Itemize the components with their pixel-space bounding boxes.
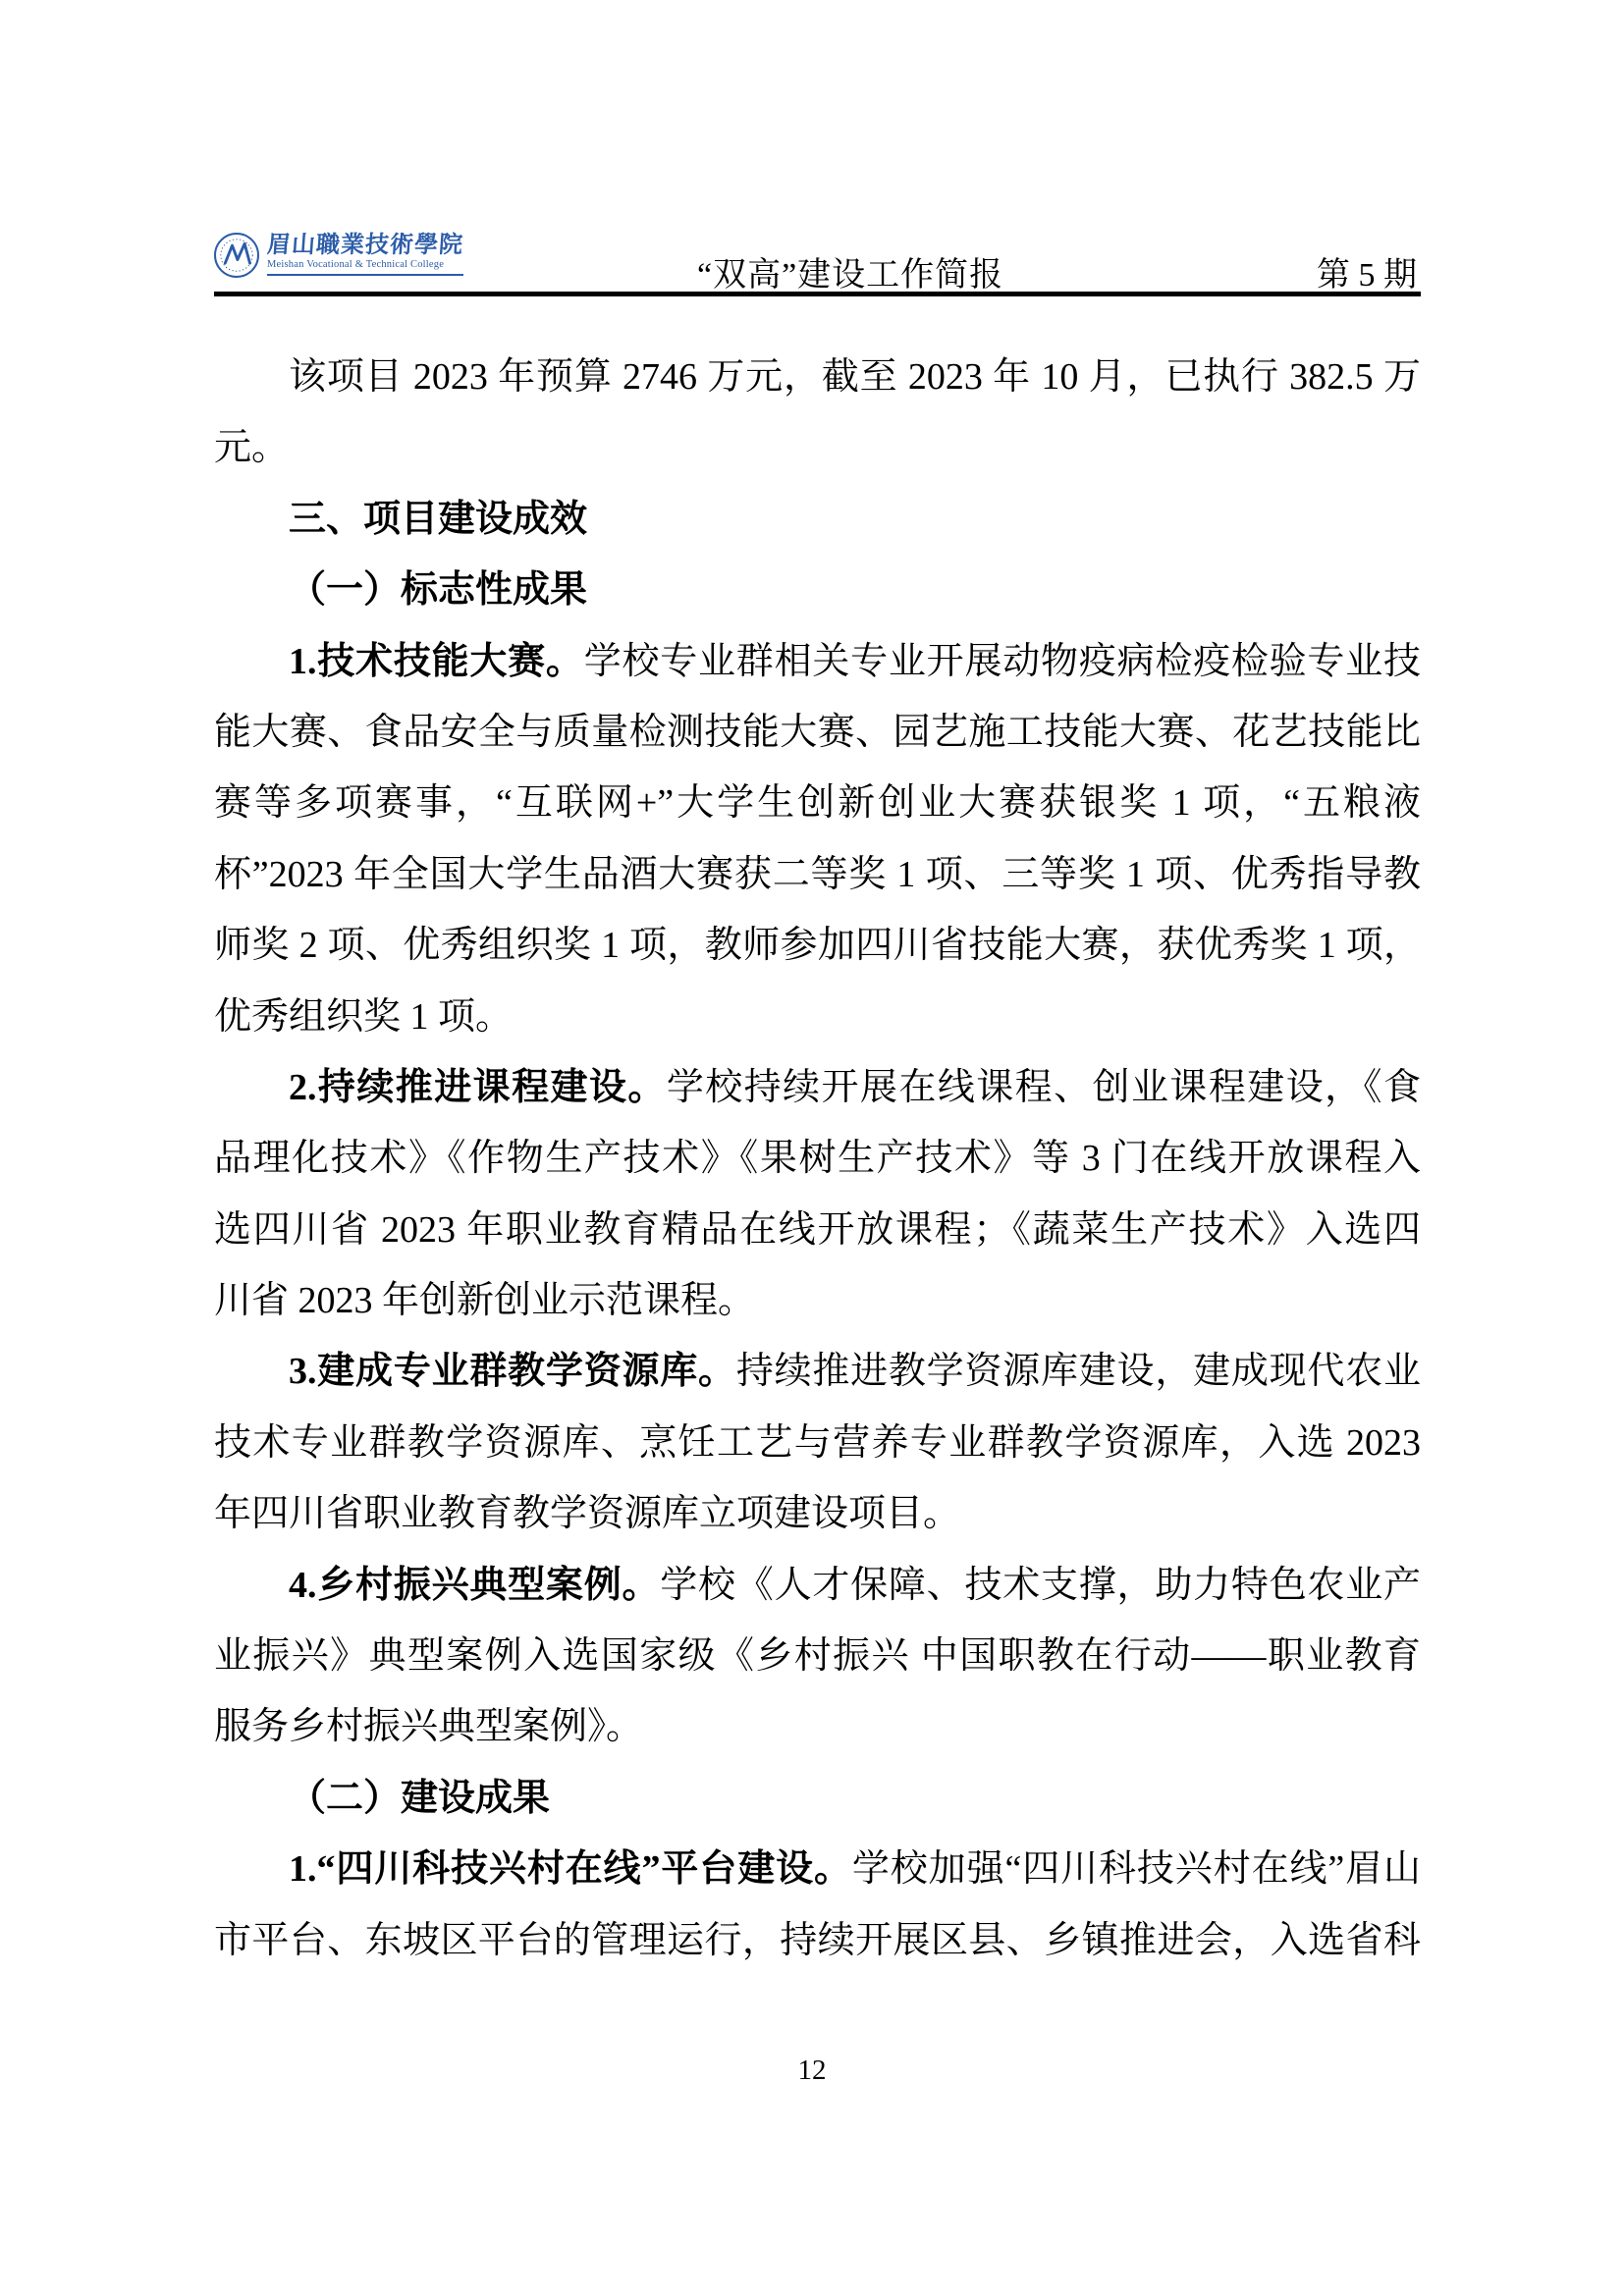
body-line: 元。 <box>214 412 1421 483</box>
body-line: 年四川省职业教育教学资源库立项建设项目。 <box>214 1478 1421 1549</box>
subsection-heading: （一）标志性成果 <box>214 555 1421 625</box>
college-name-cn: 眉山職業技術學院 <box>266 233 464 258</box>
issue-number: 第 5 期 <box>1317 247 1417 295</box>
bulletin-title: “双高”建设工作简报 <box>697 247 1003 295</box>
college-name-block: 眉山職業技術學院 Meishan Vocational & Technical … <box>267 233 463 276</box>
body-line: 4.乡村振兴典型案例。学校《人才保障、技术支撑，助力特色农业产 <box>214 1550 1421 1621</box>
section-heading: 三、项目建设成效 <box>214 484 1421 555</box>
body-line: 品理化技术》《作物生产技术》《果树生产技术》等 3 门在线开放课程入 <box>214 1123 1421 1194</box>
emblem-monogram-icon <box>219 238 254 273</box>
body-line: 优秀组织奖 1 项。 <box>214 982 1421 1052</box>
body-line: 川省 2023 年创新创业示范课程。 <box>214 1265 1421 1336</box>
body-line: 杯”2023 年全国大学生品酒大赛获二等奖 1 项、三等奖 1 项、优秀指导教 <box>214 839 1421 910</box>
body-line: 选四川省 2023 年职业教育精品在线开放课程；《蔬菜生产技术》入选四 <box>214 1195 1421 1265</box>
document-page: 眉山職業技術學院 Meishan Vocational & Technical … <box>0 0 1624 2296</box>
body-line: 1.“四川科技兴村在线”平台建设。学校加强“四川科技兴村在线”眉山 <box>214 1834 1421 1904</box>
college-logo: 眉山職業技術學院 Meishan Vocational & Technical … <box>214 233 463 278</box>
body-line: 该项目 2023 年预算 2746 万元，截至 2023 年 10 月，已执行 … <box>214 342 1421 412</box>
body-line: 能大赛、食品安全与质量检测技能大赛、园艺施工技能大赛、花艺技能比 <box>214 697 1421 768</box>
body-line: 师奖 2 项、优秀组织奖 1 项，教师参加四川省技能大赛，获优秀奖 1 项， <box>214 910 1421 981</box>
body-line: 1.技术技能大赛。学校专业群相关专业开展动物疫病检疫检验专业技 <box>214 626 1421 697</box>
subsection-heading: （二）建设成果 <box>214 1763 1421 1834</box>
body-line: 市平台、东坡区平台的管理运行，持续开展区县、乡镇推进会，入选省科 <box>214 1905 1421 1976</box>
header-rule <box>214 292 1421 296</box>
college-name-en: Meishan Vocational & Technical College <box>267 258 463 276</box>
page-number: 12 <box>0 2055 1624 2087</box>
body-line: 2.持续推进课程建设。学校持续开展在线课程、创业课程建设，《食 <box>214 1052 1421 1123</box>
body-line: 业振兴》典型案例入选国家级《乡村振兴 中国职教在行动——职业教育 <box>214 1621 1421 1691</box>
body-line: 3.建成专业群教学资源库。持续推进教学资源库建设，建成现代农业 <box>214 1336 1421 1407</box>
body-line: 赛等多项赛事，“互联网+”大学生创新创业大赛获银奖 1 项，“五粮液 <box>214 768 1421 838</box>
college-emblem-icon <box>214 233 259 278</box>
document-body: 该项目 2023 年预算 2746 万元，截至 2023 年 10 月，已执行 … <box>214 342 1421 1976</box>
body-line: 技术专业群教学资源库、烹饪工艺与营养专业群教学资源库，入选 2023 <box>214 1408 1421 1478</box>
body-line: 服务乡村振兴典型案例》。 <box>214 1691 1421 1762</box>
